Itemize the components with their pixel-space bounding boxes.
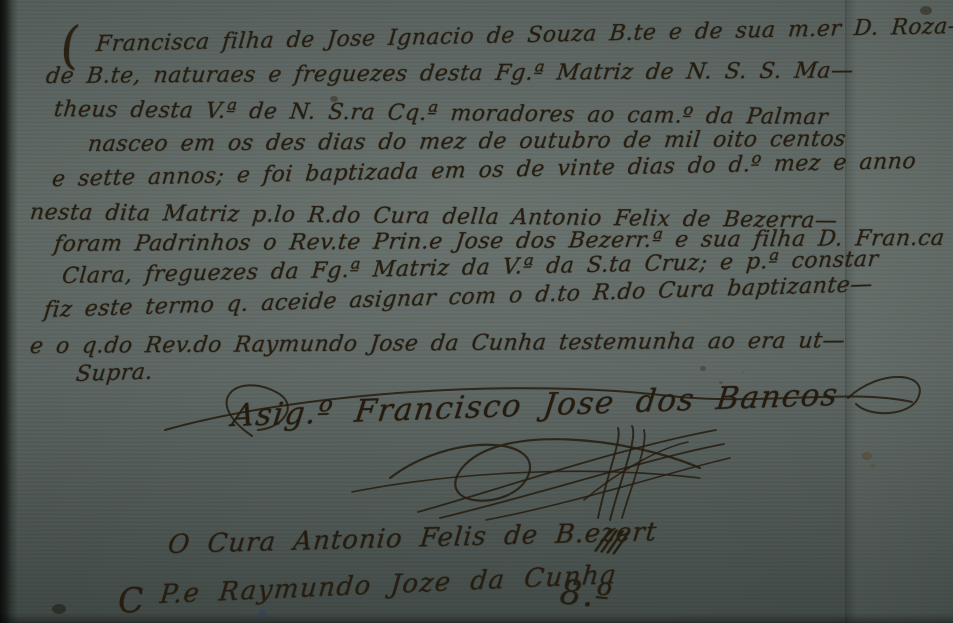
signature-cura: O Cura Antonio Felis de B.ezert bbox=[167, 517, 659, 560]
manuscript-line: Supra. bbox=[75, 360, 155, 388]
signature-padre-tail-flourish: 8.º bbox=[558, 572, 615, 617]
signature-cura-rubric: ∕∕∕∕ bbox=[596, 522, 625, 560]
signature-vigario: Asig.º Francisco Jose dos Bancos bbox=[230, 377, 841, 434]
paper-fold-seam bbox=[845, 0, 953, 623]
manuscript-line: e o q.do Rev.do Raymundo Jose da Cunha t… bbox=[29, 328, 847, 359]
book-gutter-edge bbox=[0, 0, 18, 623]
manuscript-page: ( Francisca filha de Jose Ignacio de Sou… bbox=[0, 0, 953, 623]
manuscript-line: Francisca filha de Jose Ignacio de Souza… bbox=[95, 14, 953, 57]
manuscript-line: de B.te, naturaes e freguezes desta Fg.ª… bbox=[45, 58, 855, 89]
signature-padre: P.e Raymundo Joze da Cunha bbox=[159, 560, 619, 610]
manuscript-line: theus desta V.ª de N. S.ra Cq.ª moradore… bbox=[53, 97, 829, 130]
foxing-spot bbox=[700, 366, 706, 371]
signature-padre-lead-flourish: C bbox=[117, 580, 147, 622]
